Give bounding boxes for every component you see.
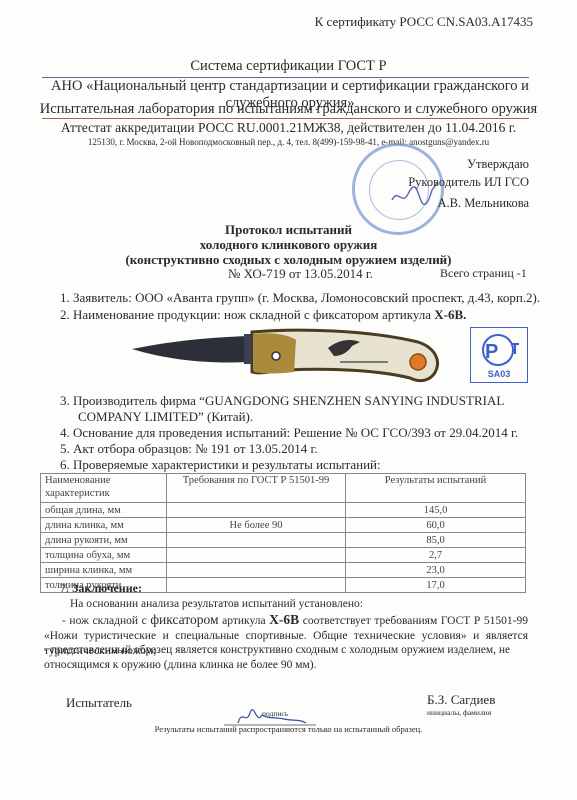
- certificate-reference: К сертификату РОСС CN.SA03.А17435: [315, 14, 533, 30]
- cell-characteristic: ширина клинка, мм: [41, 563, 167, 578]
- knife-image: [128, 322, 444, 388]
- protocol-title: Протокол испытаний: [0, 222, 577, 238]
- cell-result: 145,0: [346, 503, 526, 518]
- protocol-subtitle: холодного клинкового оружия: [0, 237, 577, 253]
- table-row: длина рукояти, мм 85,0: [41, 533, 526, 548]
- cell-result: 2,7: [346, 548, 526, 563]
- product-label: 2. Наименование продукции: нож складной …: [60, 307, 434, 322]
- conclusion-title: Заключение:: [72, 581, 142, 595]
- text: - нож складной с: [62, 615, 150, 627]
- conclusion-number: 7.: [60, 581, 72, 595]
- rst-logo-icon: Р: [471, 330, 526, 370]
- footer-note: Результаты испытаний распространяются то…: [0, 724, 577, 734]
- results-table: Наименование характеристик Требования по…: [40, 473, 526, 593]
- table-row: общая длина, мм 145,0: [41, 503, 526, 518]
- header-characteristic: Наименование характеристик: [41, 474, 167, 503]
- certification-code: SA03: [471, 369, 527, 379]
- cell-requirement: [167, 578, 346, 593]
- laboratory-name: Испытательная лаборатория по испытаниям …: [30, 101, 547, 118]
- table-row: ширина клинка, мм 23,0: [41, 563, 526, 578]
- cell-requirement: [167, 533, 346, 548]
- table-row: длина клинка, мм Не более 90 60,0: [41, 518, 526, 533]
- header-requirement: Требования по ГОСТ Р 51501-99: [167, 474, 346, 503]
- product-name: 2. Наименование продукции: нож складной …: [60, 307, 466, 323]
- product-article: Х-6В.: [434, 307, 466, 322]
- table-row: толщина обуха, мм 2,7: [41, 548, 526, 563]
- test-basis: 4. Основание для проведения испытаний: Р…: [60, 425, 518, 441]
- cell-characteristic: длина клинка, мм: [41, 518, 167, 533]
- article-bold: Х-6В: [269, 612, 299, 627]
- applicant: 1. Заявитель: ООО «Аванта групп» (г. Мос…: [60, 290, 540, 306]
- approver-name: А.В. Мельникова: [437, 196, 529, 211]
- page-count: Всего страниц -1: [440, 266, 527, 281]
- text: артикула: [219, 615, 270, 627]
- cell-result: 85,0: [346, 533, 526, 548]
- cell-result: 23,0: [346, 563, 526, 578]
- tester-role: Испытатель: [66, 695, 132, 711]
- table-header-row: Наименование характеристик Требования по…: [41, 474, 526, 503]
- sample-act: 5. Акт отбора образцов: № 191 от 13.05.2…: [60, 441, 318, 457]
- cell-requirement: [167, 548, 346, 563]
- conclusion-intro: На основании анализа результатов испытан…: [70, 597, 554, 612]
- cell-result: 17,0: [346, 578, 526, 593]
- manufacturer-cont: COMPANY LIMITED” (Китай).: [78, 409, 253, 425]
- cell-requirement: [167, 563, 346, 578]
- name-caption: инициалы, фамилия: [427, 708, 491, 717]
- cell-result: 60,0: [346, 518, 526, 533]
- cell-requirement: [167, 503, 346, 518]
- tester-name: Б.З. Сагдиев: [427, 692, 495, 708]
- checked-characteristics: 6. Проверяемые характеристики и результа…: [60, 457, 381, 473]
- svg-text:Р: Р: [485, 341, 498, 363]
- manufacturer: 3. Производитель фирма “GUANGDONG SHENZH…: [60, 393, 504, 409]
- conclusion-heading: 7. Заключение:: [60, 581, 142, 596]
- cell-characteristic: длина рукояти, мм: [41, 533, 167, 548]
- cell-characteristic: толщина обуха, мм: [41, 548, 167, 563]
- approver-position: Руководитель ИЛ ГСО: [408, 175, 529, 190]
- approval-label: Утверждаю: [467, 157, 529, 172]
- header-result: Результаты испытаний: [346, 474, 526, 503]
- text: фиксатором: [150, 612, 218, 627]
- protocol-number: № ХО-719 от 13.05.2014 г.: [228, 266, 373, 282]
- signature-caption: подпись: [262, 709, 288, 718]
- address: 125130, г. Москва, 2-ой Новоподмосковный…: [30, 137, 547, 147]
- cell-requirement: Не более 90: [167, 518, 346, 533]
- gost-certification-mark-icon: Р SA03: [470, 327, 528, 383]
- header-rule-bottom: [42, 118, 529, 119]
- accreditation: Аттестат аккредитации РОСС RU.0001.21МЖ3…: [30, 120, 547, 136]
- certification-system: Система сертификации ГОСТ Р: [0, 58, 577, 75]
- conclusion-paragraph-2: - представленный образец является констр…: [44, 643, 528, 673]
- cell-characteristic: общая длина, мм: [41, 503, 167, 518]
